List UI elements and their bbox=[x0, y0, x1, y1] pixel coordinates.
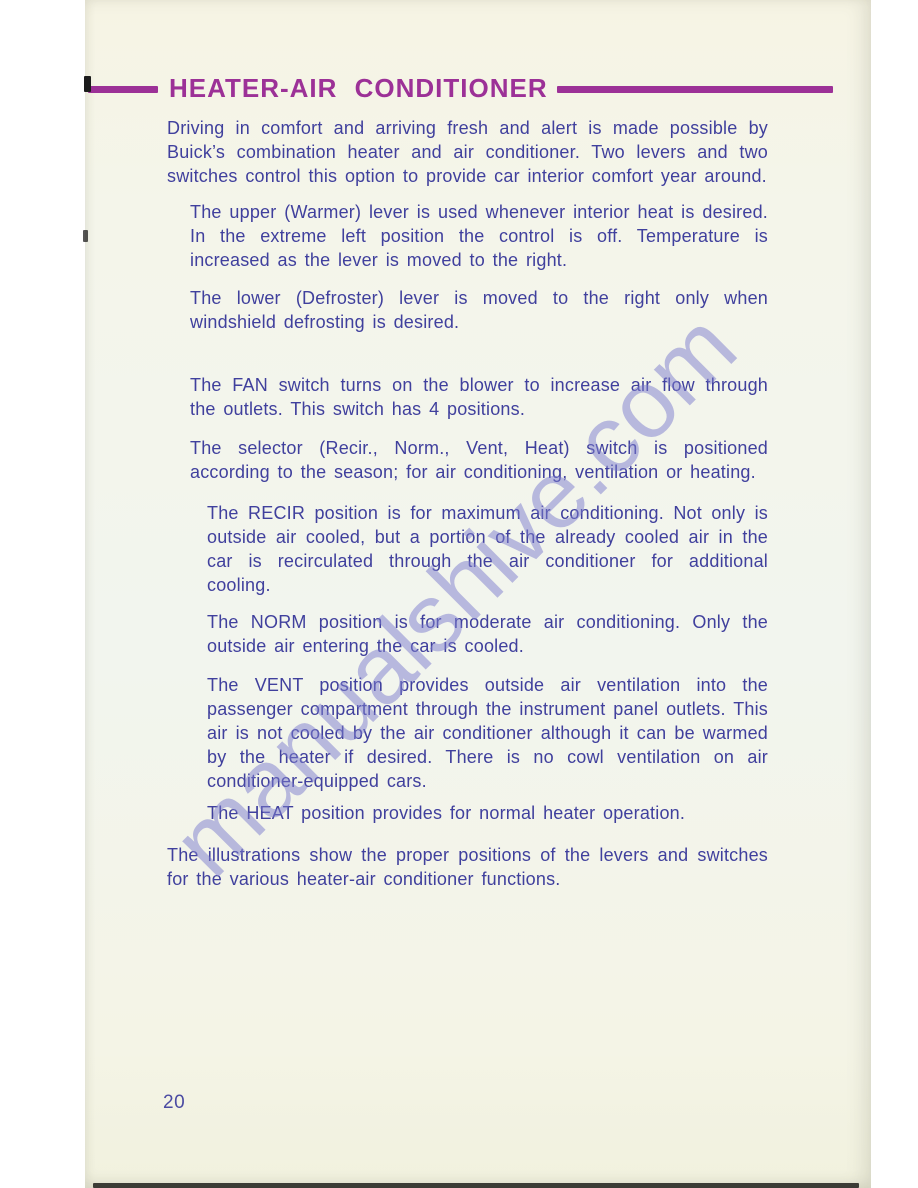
body-paragraph: The selector (Recir., Norm., Vent, Heat)… bbox=[190, 436, 768, 484]
header-rule-left bbox=[88, 86, 158, 93]
body-paragraph: The NORM position is for moderate air co… bbox=[207, 610, 768, 658]
scan-background: HEATER-AIR CONDITIONER Driving in comfor… bbox=[0, 0, 918, 1188]
body-paragraph: The RECIR position is for maximum air co… bbox=[207, 501, 768, 597]
page-number: 20 bbox=[163, 1092, 185, 1114]
section-header: HEATER-AIR CONDITIONER bbox=[88, 74, 833, 104]
body-paragraph: The FAN switch turns on the blower to in… bbox=[190, 373, 768, 421]
scan-bottom-edge bbox=[93, 1183, 859, 1188]
body-paragraph: The VENT position provides outside air v… bbox=[207, 673, 768, 793]
body-paragraph: The illustrations show the proper positi… bbox=[167, 843, 768, 891]
body-text-column: Driving in comfort and arriving fresh an… bbox=[167, 116, 768, 891]
scan-edge-mark bbox=[83, 230, 88, 242]
scan-edge-mark bbox=[84, 76, 91, 92]
manual-page: HEATER-AIR CONDITIONER Driving in comfor… bbox=[85, 0, 871, 1188]
body-paragraph: The lower (Defroster) lever is moved to … bbox=[190, 286, 768, 334]
body-paragraph: Driving in comfort and arriving fresh an… bbox=[167, 116, 768, 188]
page-title: HEATER-AIR CONDITIONER bbox=[169, 75, 548, 103]
header-rule-right bbox=[557, 86, 833, 93]
body-paragraph: The upper (Warmer) lever is used wheneve… bbox=[190, 200, 768, 272]
body-paragraph: The HEAT position provides for normal he… bbox=[207, 801, 768, 825]
